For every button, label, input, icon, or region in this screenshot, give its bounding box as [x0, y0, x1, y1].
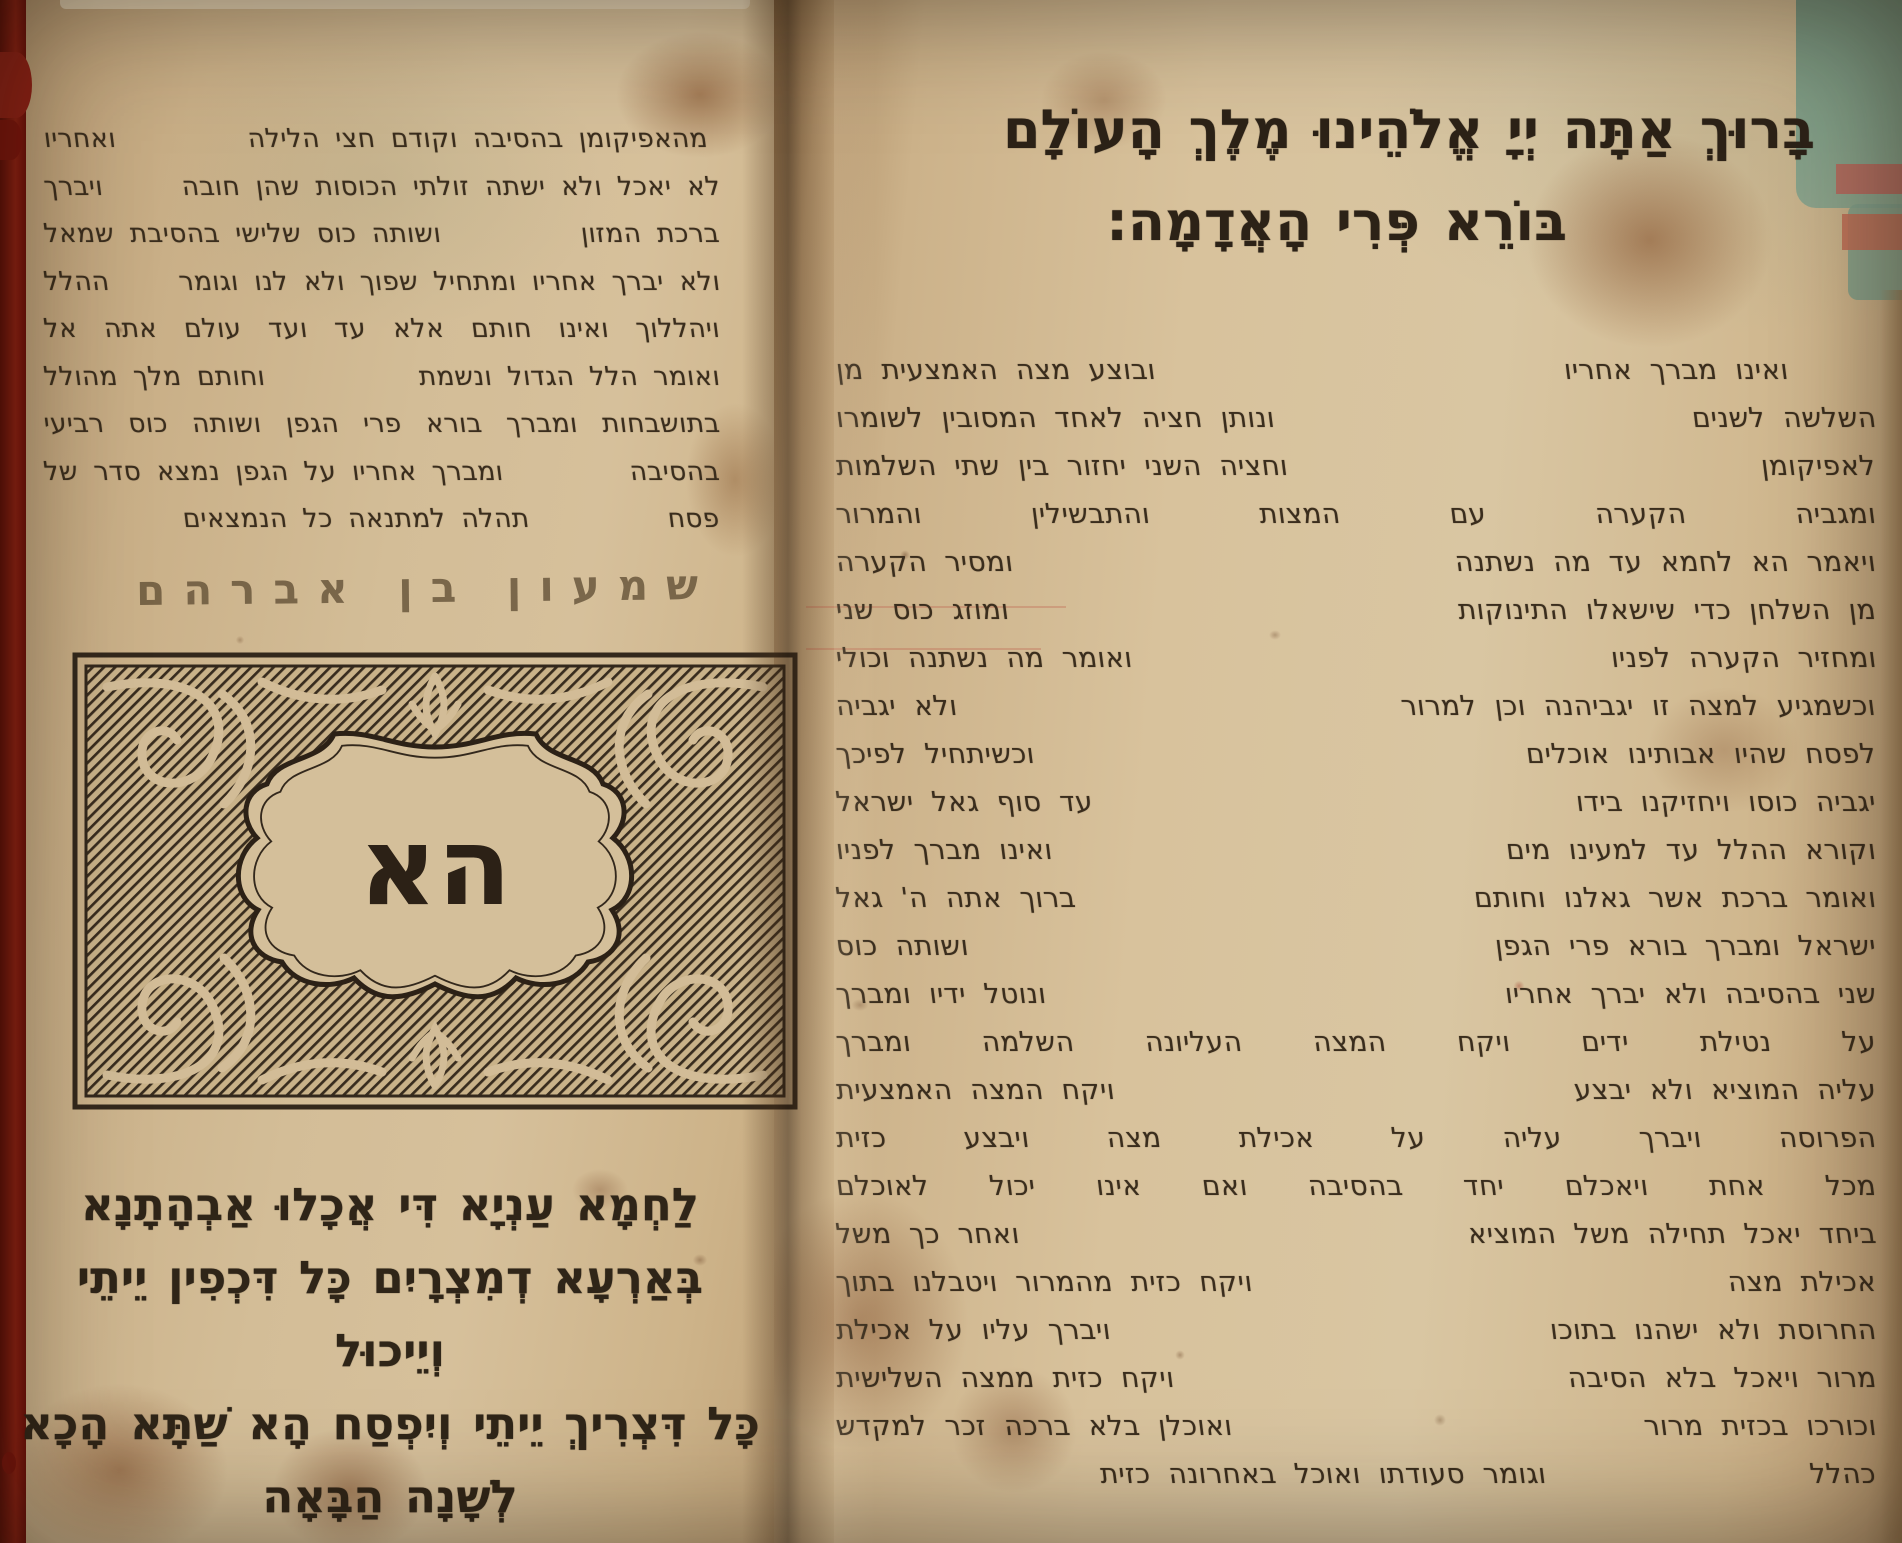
text-segment: אכילת מצה	[1725, 1258, 1879, 1306]
page-edge-highlight	[60, 0, 750, 9]
text-line: לאפיקומןוחציה השני יחזור בין שתי השלמות	[836, 442, 1876, 490]
text-segment: ברוך אתה ה' גאל	[833, 874, 1079, 922]
right-page-instructions: ואינו מברך אחריוובוצע מצה האמצעית מןהשלש…	[836, 346, 1876, 1498]
text-segment: על נטילת ידים ויקח המצה העליונה השלמה ומ…	[833, 1018, 1879, 1066]
text-segment: פסח	[665, 496, 722, 544]
binding-stain	[2, 1452, 16, 1474]
owner-inscription: שמעון בן אברהם	[120, 560, 732, 615]
text-line: כהללוגומר סעודתו ואוכל באחרונה כזית	[836, 1450, 1876, 1498]
text-line: ולא יברך אחריו ומתחיל שפוך ולא לנו וגומר…	[44, 259, 720, 307]
text-line: וכשמגיע למצה זו יגביהנה וכן למרורולא יגב…	[836, 682, 1876, 730]
text-line: מכל אחת ויאכלם יחד בהסיבה ואם אינו יכול …	[836, 1162, 1876, 1210]
text-segment: לְשָׁנָה הַבָּאָה	[262, 1470, 517, 1523]
text-line: הפרוסה ויברך עליה על אכילת מצה ויבצע כזי…	[836, 1114, 1876, 1162]
binding-stain	[0, 52, 32, 118]
text-segment: מרור ויאכל בלא הסיבה	[1565, 1354, 1879, 1402]
text-segment: ואחר כך משל	[833, 1210, 1022, 1258]
text-segment: בתושבחות ומברך בורא פרי הגפן ושותה כוס ר…	[41, 401, 723, 449]
text-line: בתושבחות ומברך בורא פרי הגפן ושותה כוס ר…	[44, 401, 720, 449]
text-line: בּוֹרֵא פְּרִי הָאֲדָמָה:	[975, 176, 1815, 268]
woodcut-word: הא	[359, 805, 512, 930]
text-line: אכילת מצהויקח כזית מהמרור ויטבלנו בתוך	[836, 1258, 1876, 1306]
text-segment: ונותן חציה לאחד המסובין לשומרו	[833, 394, 1278, 442]
text-segment: ומסיר הקערה	[833, 538, 1016, 586]
text-segment: בְּאַרְעָא דְמִצְרָיִם כָּל דִּכְפִין יֵ…	[77, 1251, 703, 1377]
text-line: ומחזיר הקערה לפניוואומר מה נשתנה וכולי	[836, 634, 1876, 682]
text-line: כָּל דִּצְרִיךְ יֵיתֵי וְיִפְסַח הָא שַׁ…	[20, 1387, 760, 1460]
text-line: לפסח שהיו אבותינו אוכליםוכשיתחיל לפיכך	[836, 730, 1876, 778]
text-line: מן השלחן כדי שישאלו התינוקותומוזג כוס שנ…	[836, 586, 1876, 634]
blessing-header: בָּרוּךְ אַתָּה יְיָ אֱלֹהֵינוּ מֶלֶךְ ה…	[975, 84, 1815, 268]
text-segment: כָּל דִּצְרִיךְ יֵיתֵי וְיִפְסַח הָא שַׁ…	[20, 1397, 760, 1450]
text-segment: ויברך עליו על אכילת	[833, 1306, 1114, 1354]
text-segment: ואינו מברך אחריו	[1561, 346, 1791, 394]
text-line: וקורא ההלל עד למעינו מיםואינו מברך לפניו	[836, 826, 1876, 874]
text-line: ואומר ברכת אשר גאלנו וחותםברוך אתה ה' גא…	[836, 874, 1876, 922]
text-line: יגביה כוסו ויחזיקנו בידועד סוף גאל ישראל	[836, 778, 1876, 826]
ha-lachma-proclamation: לַחְמָא עַנְיָא דִּי אֲכָלוּ אַבְהָתָנָא…	[20, 1168, 760, 1533]
text-line: וכורכו בכזית מרורואוכלן בלא ברכה זכר למק…	[836, 1402, 1876, 1450]
text-line: פסחתהלה למתנאה כל הנמצאים	[44, 496, 720, 544]
text-segment: ולא יגביה	[833, 682, 960, 730]
woodcut-svg: הא	[72, 652, 798, 1110]
text-segment: ואומר מה נשתנה וכולי	[833, 634, 1135, 682]
text-segment: יגביה כוסו ויחזיקנו בידו	[1573, 778, 1879, 826]
text-line: ואומר הלל הגדול ונשמתוחותם מלך מהולל	[44, 354, 720, 402]
text-line: על נטילת ידים ויקח המצה העליונה השלמה ומ…	[836, 1018, 1876, 1066]
text-segment: ויקח כזית ממצה השלישית	[833, 1354, 1177, 1402]
text-segment: וגומר סעודתו ואוכל באחרונה כזית	[1097, 1450, 1549, 1498]
text-line: ביחד יאכל תחילה משל המוציאואחר כך משל	[836, 1210, 1876, 1258]
text-segment: לַחְמָא עַנְיָא דִּי אֲכָלוּ אַבְהָתָנָא	[81, 1178, 699, 1231]
text-segment: ויקח המצה האמצעית	[833, 1066, 1118, 1114]
text-line: ברכת המזוןושותה כוס שלישי בהסיבת שמאל	[44, 211, 720, 259]
text-line: ויהללוך ואינו חותם אלא עד ועד עולם אתה א…	[44, 306, 720, 354]
text-segment: ולא יברך אחריו ומתחיל שפוך ולא לנו וגומר	[176, 259, 723, 307]
left-page-instructions: מהאפיקומן בהסיבה וקודם חצי הלילהואחריולא…	[44, 116, 720, 544]
text-segment: ומברך אחריו על הגפן נמצא סדר של	[41, 449, 506, 497]
text-segment: מכל אחת ויאכלם יחד בהסיבה ואם אינו יכול …	[833, 1162, 1879, 1210]
text-segment: ומוזג כוס שני	[833, 586, 1012, 634]
text-segment: עליה המוציא ולא יבצע	[1571, 1066, 1879, 1114]
text-segment: ויקח כזית מהמרור ויטבלנו בתוך	[833, 1258, 1255, 1306]
text-segment: לאפיקומן	[1759, 442, 1879, 490]
binding-stain	[0, 120, 22, 160]
text-segment: עד סוף גאל ישראל	[833, 778, 1096, 826]
text-segment: בָּרוּךְ אַתָּה יְיָ אֱלֹהֵינוּ מֶלֶךְ ה…	[1003, 98, 1815, 161]
text-line: לְשָׁנָה הַבָּאָה	[20, 1460, 760, 1533]
showthrough-red-bar	[1836, 164, 1902, 194]
text-line: מרור ויאכל בלא הסיבהויקח כזית ממצה השליש…	[836, 1354, 1876, 1402]
text-line: השלשה לשניםונותן חציה לאחד המסובין לשומר…	[836, 394, 1876, 442]
haggadah-open-book-photo: בָּרוּךְ אַתָּה יְיָ אֱלֹהֵינוּ מֶלֶךְ ה…	[0, 0, 1902, 1543]
text-segment: ואוכלן בלא ברכה זכר למקדש	[833, 1402, 1235, 1450]
text-segment: ושותה כוס שלישי בהסיבת שמאל	[41, 211, 444, 259]
text-line: עליה המוציא ולא יבצעויקח המצה האמצעית	[836, 1066, 1876, 1114]
text-segment: וקורא ההלל עד למעינו מים	[1503, 826, 1879, 874]
text-line: בהסיבהומברך אחריו על הגפן נמצא סדר של	[44, 449, 720, 497]
text-segment: ויהללוך ואינו חותם אלא עד ועד עולם אתה א…	[41, 306, 723, 354]
text-line: ישראל ומברך בורא פרי הגפןושותה כוס	[836, 922, 1876, 970]
right-page-stack-edge	[1880, 290, 1902, 1543]
text-segment: ומגביה הקערה עם המצות והתבשילין והמרור	[833, 490, 1879, 538]
text-segment: ישראל ומברך בורא פרי הגפן	[1492, 922, 1879, 970]
text-line: ואינו מברך אחריוובוצע מצה האמצעית מן	[836, 346, 1876, 394]
text-segment: החרוסת ולא ישהנו בתוכו	[1547, 1306, 1879, 1354]
text-segment: ברכת המזון	[578, 211, 722, 259]
text-segment: ויברך	[41, 164, 106, 212]
woodcut-ornamental-frame: הא	[72, 652, 798, 1110]
text-segment: ואחריו	[41, 116, 119, 164]
text-segment: תהלה למתנאה כל הנמצאים	[180, 496, 532, 544]
text-segment: ונוטל ידיו ומברך	[833, 970, 1049, 1018]
text-segment: הפרוסה ויברך עליה על אכילת מצה ויבצע כזי…	[833, 1114, 1879, 1162]
text-segment: וכשמגיע למצה זו יגביהנה וכן למרור	[1398, 682, 1878, 730]
text-segment: לפסח שהיו אבותינו אוכלים	[1523, 730, 1879, 778]
text-segment: ושותה כוס	[833, 922, 972, 970]
text-segment: וחציה השני יחזור בין שתי השלמות	[833, 442, 1291, 490]
text-segment: ההלל	[41, 259, 112, 307]
text-segment: ואומר הלל הגדול ונשמת	[416, 354, 723, 402]
text-segment: מהאפיקומן בהסיבה וקודם חצי הלילה	[245, 116, 711, 164]
text-segment: שני בהסיבה ולא יברך אחריו	[1502, 970, 1879, 1018]
text-line: לא יאכל ולא ישתה זולתי הכוסות שהן חובהוי…	[44, 164, 720, 212]
text-segment: וכורכו בכזית מרור	[1641, 1402, 1879, 1450]
text-line: בְּאַרְעָא דְמִצְרָיִם כָּל דִּכְפִין יֵ…	[20, 1241, 760, 1387]
text-line: החרוסת ולא ישהנו בתוכוויברך עליו על אכיל…	[836, 1306, 1876, 1354]
text-segment: השלשה לשנים	[1689, 394, 1879, 442]
text-segment: ומחזיר הקערה לפניו	[1608, 634, 1879, 682]
text-segment: בהסיבה	[627, 449, 723, 497]
text-segment: מן השלחן כדי שישאלו התינוקות	[1455, 586, 1879, 634]
text-line: מהאפיקומן בהסיבה וקודם חצי הלילהואחריו	[44, 116, 720, 164]
text-segment: כהלל	[1807, 1450, 1879, 1498]
text-line: ומגביה הקערה עם המצות והתבשילין והמרור	[836, 490, 1876, 538]
text-segment: וכשיתחיל לפיכך	[833, 730, 1037, 778]
text-segment: וחותם מלך מהולל	[41, 354, 268, 402]
text-segment: ויאמר הא לחמא עד מה נשתנה	[1452, 538, 1879, 586]
text-line: ויאמר הא לחמא עד מה נשתנהומסיר הקערה	[836, 538, 1876, 586]
text-line: שני בהסיבה ולא יברך אחריוונוטל ידיו ומבר…	[836, 970, 1876, 1018]
text-segment: ובוצע מצה האמצעית מן	[833, 346, 1158, 394]
showthrough-red-bar	[1842, 214, 1902, 250]
text-line: בָּרוּךְ אַתָּה יְיָ אֱלֹהֵינוּ מֶלֶךְ ה…	[975, 84, 1815, 176]
text-segment: ואינו מברך לפניו	[833, 826, 1055, 874]
text-segment: ביחד יאכל תחילה משל המוציא	[1465, 1210, 1879, 1258]
text-segment: בּוֹרֵא פְּרִי הָאֲדָמָה:	[1106, 190, 1567, 253]
text-line: לַחְמָא עַנְיָא דִּי אֲכָלוּ אַבְהָתָנָא	[20, 1168, 760, 1241]
text-segment: ואומר ברכת אשר גאלנו וחותם	[1471, 874, 1879, 922]
text-segment: לא יאכל ולא ישתה זולתי הכוסות שהן חובה	[179, 164, 723, 212]
